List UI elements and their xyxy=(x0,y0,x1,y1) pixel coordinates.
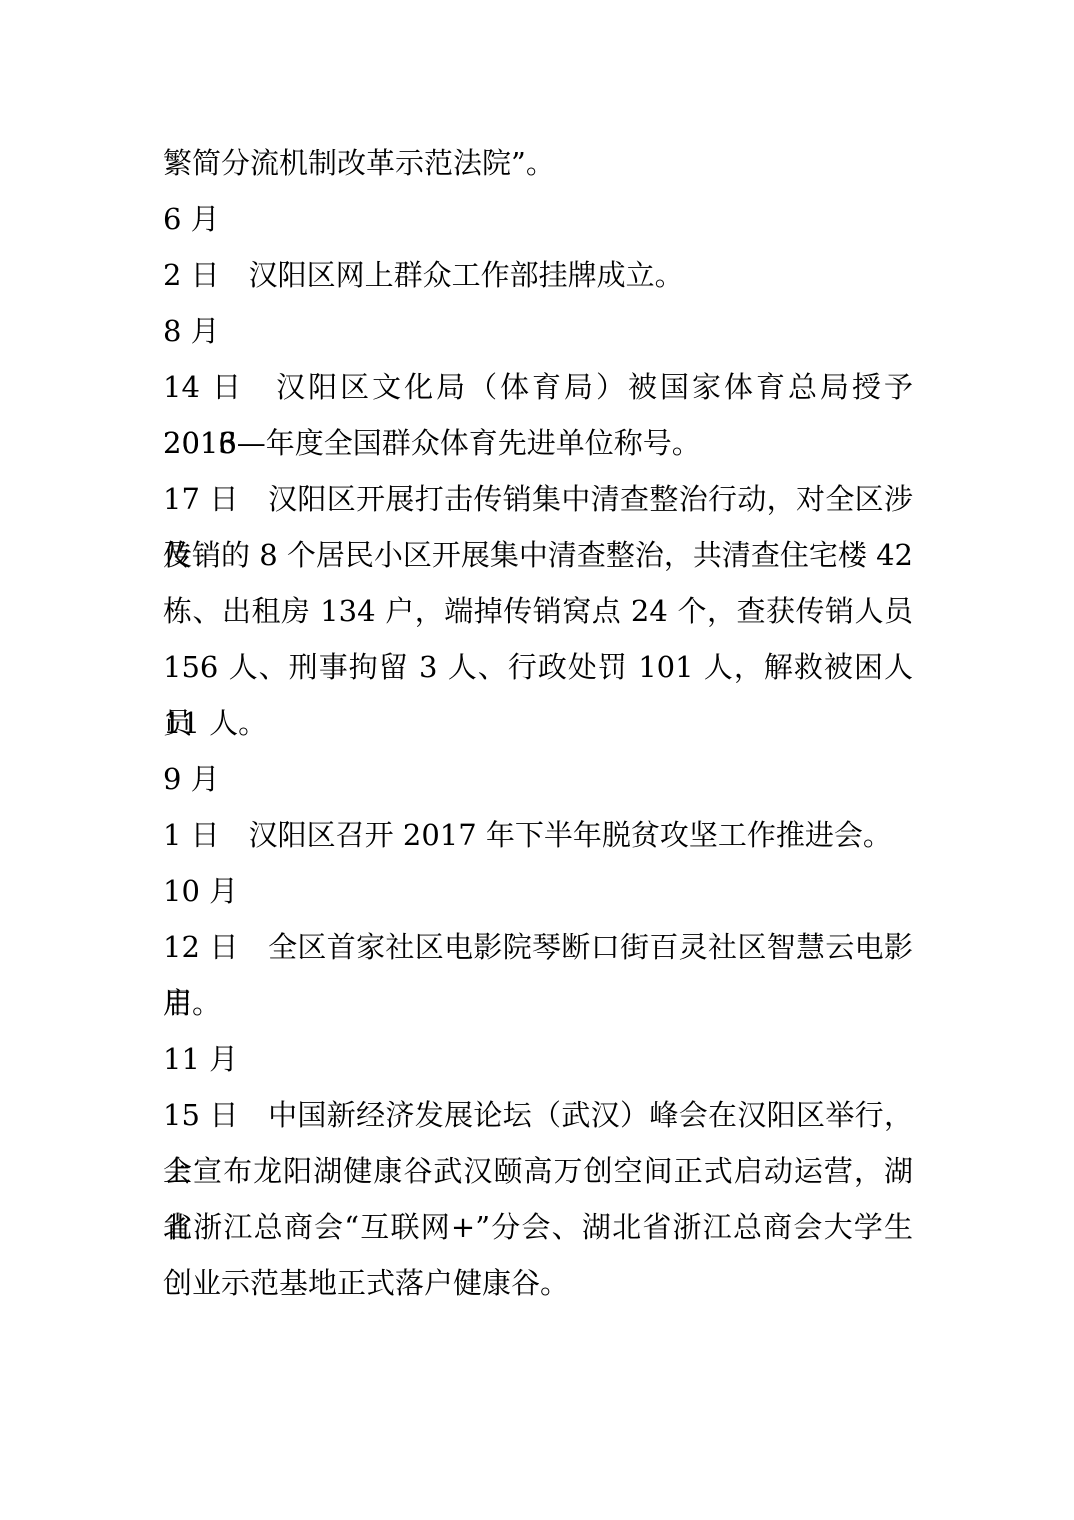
text-line: 繁简分流机制改革示范法院”。 xyxy=(163,135,913,191)
text-line: 2016 年度全国群众体育先进单位称号。 xyxy=(163,415,913,471)
screenshot-root: 繁简分流机制改革示范法院”。 6 月 2 日 汉阳区网上群众工作部挂牌成立。 8… xyxy=(0,0,1074,1520)
text-line: 6 月 xyxy=(163,191,913,247)
text-line: 创业示范基地正式落户健康谷。 xyxy=(163,1255,913,1311)
text-line: 8 月 xyxy=(163,303,913,359)
text-line: 11 月 xyxy=(163,1031,913,1087)
text-line: 1 日 汉阳区召开 2017 年下半年脱贫攻坚工作推进会。 xyxy=(163,807,913,863)
text-line: 用。 xyxy=(163,975,913,1031)
text-line: 2 日 汉阳区网上群众工作部挂牌成立。 xyxy=(163,247,913,303)
text-line: 14 日 汉阳区文化局（体育局）被国家体育总局授予 2013— xyxy=(163,359,913,415)
document-text-block: 繁简分流机制改革示范法院”。 6 月 2 日 汉阳区网上群众工作部挂牌成立。 8… xyxy=(163,135,913,1311)
text-line: 栋、出租房 134 户，端掉传销窝点 24 个，查获传销人员 xyxy=(163,583,913,639)
text-line: 上宣布龙阳湖健康谷武汉颐高万创空间正式启动运营，湖北 xyxy=(163,1143,913,1199)
text-line: 传销的 8 个居民小区开展集中清查整治，共清查住宅楼 42 xyxy=(163,527,913,583)
text-line: 156 人、刑事拘留 3 人、行政处罚 101 人，解救被困人员 xyxy=(163,639,913,695)
text-line: 9 月 xyxy=(163,751,913,807)
text-line: 15 日 中国新经济发展论坛（武汉）峰会在汉阳区举行，会 xyxy=(163,1087,913,1143)
text-line: 省浙江总商会“互联网+”分会、湖北省浙江总商会大学生 xyxy=(163,1199,913,1255)
document-page: 繁简分流机制改革示范法院”。 6 月 2 日 汉阳区网上群众工作部挂牌成立。 8… xyxy=(0,0,1074,1520)
text-line: 12 日 全区首家社区电影院琴断口街百灵社区智慧云电影启 xyxy=(163,919,913,975)
text-line: 10 月 xyxy=(163,863,913,919)
text-line: 17 日 汉阳区开展打击传销集中清查整治行动，对全区涉及 xyxy=(163,471,913,527)
text-line: 11 人。 xyxy=(163,695,913,751)
